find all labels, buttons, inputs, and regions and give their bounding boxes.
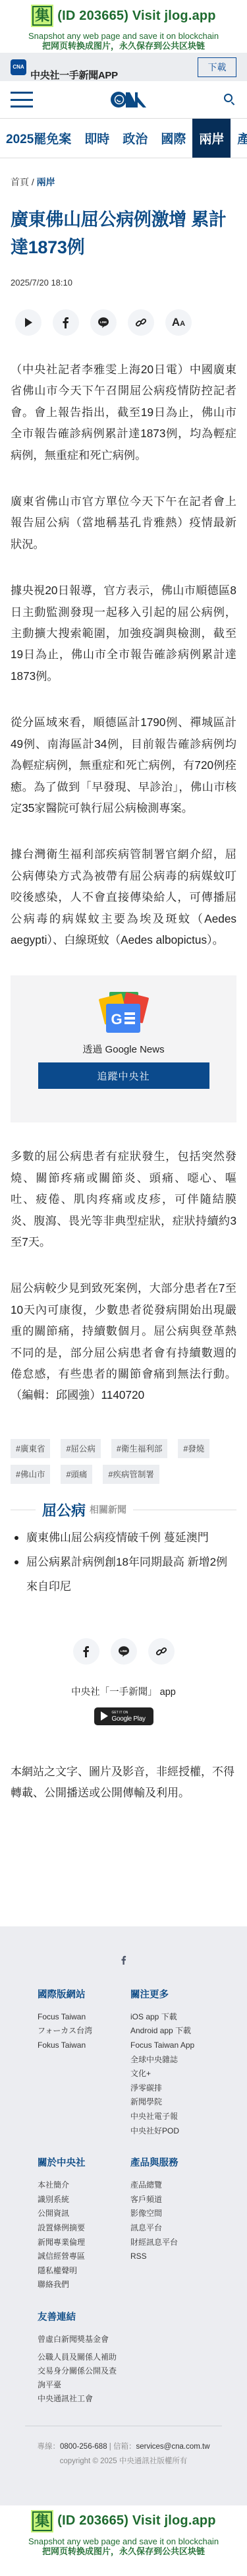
font-size-icon: AA bbox=[172, 316, 185, 329]
article-body-continued: 多數的屈公病患者有症狀發生，包括突然發燒、關節疼痛或關節炎、頭痛、噁心、嘔吐、疲… bbox=[11, 1146, 236, 1405]
footer-link[interactable]: RSS bbox=[130, 2250, 236, 2264]
breadcrumb: 首頁 / 兩岸 bbox=[11, 175, 236, 189]
related-news-item[interactable]: 屈公病累計病例創18年同期最高 新增2例來自印尼 bbox=[13, 1550, 236, 1599]
tag-list: #廣東省 #屈公病 #衛生福利部 #發燒 #佛山市 #頭痛 #疾病管制署 bbox=[11, 1439, 236, 1484]
play-store-icon bbox=[101, 1711, 108, 1721]
follow-cna-button[interactable]: 追蹤中央社 bbox=[38, 1062, 209, 1089]
footer-heading: 關注更多 bbox=[130, 1987, 236, 2001]
footer-link[interactable]: 中央社電子報 bbox=[130, 2110, 236, 2124]
font-size-button[interactable]: AA bbox=[165, 309, 192, 336]
share-toolbar: LINE AA bbox=[11, 309, 236, 336]
footer-link[interactable]: Focus Taiwan App bbox=[130, 2039, 236, 2053]
footer-link[interactable]: Focus Taiwan bbox=[38, 2010, 130, 2025]
footer-link[interactable]: 影像空間 bbox=[130, 2207, 236, 2221]
line-share-button[interactable]: LINE bbox=[111, 1638, 137, 1665]
app-bar-title: 中央社一手新聞APP bbox=[30, 62, 198, 90]
footer-link[interactable]: 淨零碳排 bbox=[130, 2081, 236, 2096]
footer-link[interactable]: 新聞專業倫理 bbox=[38, 2236, 130, 2250]
google-news-box: G 透過 Google News 追蹤中央社 bbox=[11, 975, 236, 1122]
footer-link[interactable]: Android app 下載 bbox=[130, 2024, 236, 2039]
footer-heading: 國際版網站 bbox=[38, 1987, 130, 2001]
svg-text:G: G bbox=[111, 1011, 122, 1027]
hamburger-menu-icon[interactable] bbox=[11, 92, 33, 107]
footer-link[interactable]: 產品總覽 bbox=[130, 2178, 236, 2193]
facebook-share-button[interactable] bbox=[53, 309, 79, 336]
footer-link[interactable]: 全球中央雜誌 bbox=[130, 2053, 236, 2068]
category-nav: 2025罷免案 即時 政治 國際 兩岸 產經 bbox=[0, 119, 247, 158]
footer-link[interactable]: 中央社好POD bbox=[130, 2124, 236, 2139]
footer-link[interactable]: 設置條例摘要 bbox=[38, 2221, 130, 2236]
jlog-subtitle-en: Snapshot any web page and save it on blo… bbox=[0, 31, 247, 41]
google-news-label: 透過 Google News bbox=[82, 1042, 164, 1056]
google-play-badge[interactable]: GET IT ONGoogle Play bbox=[94, 1707, 153, 1725]
article-paragraph: 廣東省佛山市官方單位今天下午在記者會上報告屈公病（當地稱基孔肯雅熱）疫情最新狀況… bbox=[11, 491, 236, 555]
divider bbox=[11, 1510, 36, 1510]
facebook-share-button[interactable] bbox=[73, 1638, 99, 1665]
nav-item-international[interactable]: 國際 bbox=[154, 119, 192, 158]
footer-link[interactable]: 識別系統 bbox=[38, 2193, 130, 2207]
footer-link[interactable]: 隱私權聲明 bbox=[38, 2264, 130, 2279]
app-promo-text: 中央社「一手新聞」 app bbox=[11, 1684, 236, 1698]
jlog-badge-icon: 集 bbox=[31, 5, 53, 27]
tag[interactable]: #衛生福利部 bbox=[111, 1439, 167, 1458]
tag[interactable]: #發燒 bbox=[178, 1439, 209, 1458]
footer-link[interactable]: フォーカス台湾 bbox=[38, 2024, 130, 2039]
google-news-icon: G bbox=[99, 992, 149, 1033]
copy-link-button[interactable] bbox=[128, 309, 154, 336]
site-footer: 國際版網站 Focus Taiwan フォーカス台湾 Fokus Taiwan … bbox=[0, 1926, 247, 2505]
facebook-icon bbox=[60, 317, 72, 328]
jlog-banner-top: 集 (ID 203665) Visit jlog.app Snapshot an… bbox=[0, 0, 247, 53]
footer-facebook-link[interactable] bbox=[0, 1953, 247, 1977]
facebook-icon bbox=[80, 1645, 92, 1657]
article-paragraph: （中央社記者李雅雯上海20日電）中國廣東省佛山市今天下午召開屈公病疫情防控記者會… bbox=[11, 359, 236, 466]
related-news-heading: 屈公病 相關新聞 bbox=[11, 1500, 236, 1520]
footer-link[interactable]: 訊息平台 bbox=[130, 2221, 236, 2236]
jlog-subtitle-zh: 把网页转换成图片，永久保存到公共区块链 bbox=[0, 41, 247, 51]
footer-link[interactable]: 財經訊息平台 bbox=[130, 2236, 236, 2250]
line-icon: LINE bbox=[118, 1645, 130, 1657]
nav-item-economy[interactable]: 產經 bbox=[231, 119, 247, 158]
footer-link[interactable]: 曾虛白新聞獎基金會 bbox=[38, 2333, 117, 2346]
article-paragraph: 從分區域來看，順德區計1790例、禪城區計49例、南海區計34例，目前報告確診病… bbox=[11, 712, 236, 818]
divider bbox=[133, 1510, 236, 1510]
footer-link[interactable]: 客戶頻道 bbox=[130, 2193, 236, 2207]
cna-app-icon: CNA bbox=[11, 59, 26, 75]
svg-text:LINE: LINE bbox=[100, 321, 107, 324]
footer-link[interactable]: 中央通訊社工會 bbox=[38, 2392, 117, 2406]
jlog-subtitle-zh: 把网页转换成图片，永久保存到公共区块链 bbox=[0, 2546, 247, 2557]
article-paragraph: 多數的屈公病患者有症狀發生，包括突然發燒、關節疼痛或關節炎、頭痛、噁心、嘔吐、疲… bbox=[11, 1146, 236, 1252]
play-icon bbox=[22, 317, 34, 328]
footer-link[interactable]: 本社簡介 bbox=[38, 2178, 130, 2193]
footer-col-international: 國際版網站 Focus Taiwan フォーカス台湾 Fokus Taiwan bbox=[38, 1987, 130, 2138]
footer-link[interactable]: iOS app 下載 bbox=[130, 2010, 236, 2025]
jlog-id-text[interactable]: (ID 203665) Visit jlog.app bbox=[57, 9, 215, 24]
footer-col-products: 產品與服務 產品總覽 客戶頻道 影像空間 訊息平台 財經訊息平台 RSS bbox=[130, 2155, 236, 2292]
footer-link[interactable]: 誠信經營專區 bbox=[38, 2250, 130, 2264]
jlog-subtitle-en: Snapshot any web page and save it on blo… bbox=[0, 2536, 247, 2546]
link-icon bbox=[155, 1645, 167, 1657]
jlog-banner-bottom: 集 (ID 203665) Visit jlog.app Snapshot an… bbox=[0, 2505, 247, 2558]
footer-col-follow: 關注更多 iOS app 下載 Android app 下載 Focus Tai… bbox=[130, 1987, 236, 2138]
facebook-icon bbox=[119, 1953, 128, 1967]
article-paragraph: 據央視20日報導，官方表示，佛山市順德區8日主動監測發現一起移入引起的屈公病例，… bbox=[11, 580, 236, 687]
article-title: 廣東佛山屈公病例激增 累計達1873例 bbox=[11, 206, 236, 261]
related-keyword[interactable]: 屈公病 bbox=[42, 1500, 86, 1520]
footer-link[interactable]: Fokus Taiwan bbox=[38, 2039, 130, 2053]
article-date: 2025/7/20 18:10 bbox=[11, 278, 236, 288]
footer-columns: 國際版網站 Focus Taiwan フォーカス台湾 Fokus Taiwan … bbox=[0, 1987, 247, 2406]
nav-item-politics[interactable]: 政治 bbox=[116, 119, 154, 158]
footer-link[interactable]: 公職人員及關係人補助交易身分關係公開及查詢平臺 bbox=[38, 2350, 117, 2392]
article-paragraph: 據台灣衛生福利部疾病管制署官網介紹，屈公病傳染方式為被帶有屈公病毒的病媒蚊叮咬後… bbox=[11, 843, 236, 950]
breadcrumb-separator: / bbox=[32, 177, 34, 187]
cna-logo-icon bbox=[110, 90, 147, 109]
nav-item-realtime[interactable]: 即時 bbox=[78, 119, 116, 158]
play-audio-button[interactable] bbox=[15, 309, 41, 336]
tag[interactable]: #廣東省 bbox=[11, 1439, 50, 1458]
article-paragraph: 屈公病較少見到致死案例，大部分患者在7至10天內可康復，少數患者從發病開始出現嚴… bbox=[11, 1277, 236, 1405]
search-icon[interactable] bbox=[223, 93, 236, 106]
download-button[interactable]: 下載 bbox=[198, 57, 236, 77]
link-icon bbox=[135, 317, 147, 328]
footer-heading: 關於中央社 bbox=[38, 2155, 130, 2169]
hotline-number[interactable]: 0800-256-688 bbox=[60, 2443, 107, 2451]
jlog-id-text[interactable]: (ID 203665) Visit jlog.app bbox=[57, 2513, 215, 2529]
nav-item-recall-2025[interactable]: 2025罷免案 bbox=[0, 119, 78, 158]
footer-copyright: copyright © 2025 中央通訊社版權所有 bbox=[0, 2455, 247, 2466]
breadcrumb-home[interactable]: 首頁 bbox=[11, 177, 29, 187]
footer-heading: 友善連結 bbox=[38, 2310, 236, 2323]
related-news-item[interactable]: 廣東佛山屈公病疫情破千例 蔓延澳門 bbox=[13, 1525, 236, 1550]
footer-link[interactable]: 公開資訊 bbox=[38, 2207, 130, 2221]
footer-contact: 專線：0800-256-688 | 信箱：services@cna.com.tw bbox=[0, 2441, 247, 2451]
jlog-badge-icon: 集 bbox=[31, 2510, 53, 2532]
copyright-notice: 本網站之文字、圖片及影音，非經授權，不得轉載、公開播送或公開傳輸及利用。 bbox=[11, 1762, 236, 1804]
footer-link[interactable]: 文化+ bbox=[130, 2067, 236, 2081]
footer-divider bbox=[25, 2426, 222, 2426]
tag[interactable]: #佛山市 bbox=[11, 1465, 50, 1484]
tag[interactable]: #屈公病 bbox=[61, 1439, 100, 1458]
tag[interactable]: #疾病管制署 bbox=[103, 1465, 159, 1484]
article: 首頁 / 兩岸 廣東佛山屈公病例激增 累計達1873例 2025/7/20 18… bbox=[0, 175, 247, 1804]
related-heading-text: 相關新聞 bbox=[90, 1503, 126, 1516]
footer-col-about: 關於中央社 本社簡介 識別系統 公開資訊 設置條例摘要 新聞專業倫理 誠信經營專… bbox=[38, 2155, 130, 2292]
bottom-share-toolbar: LINE bbox=[11, 1638, 236, 1665]
nav-item-cross-strait[interactable]: 兩岸 bbox=[192, 119, 231, 158]
copy-link-button[interactable] bbox=[148, 1638, 175, 1665]
footer-col-friendly-links: 友善連結 曾虛白新聞獎基金會 公職人員及關係人補助交易身分關係公開及查詢平臺 中… bbox=[38, 2310, 236, 2406]
cna-logo[interactable] bbox=[110, 90, 147, 109]
line-icon: LINE bbox=[97, 317, 109, 328]
line-share-button[interactable]: LINE bbox=[90, 309, 117, 336]
footer-heading: 產品與服務 bbox=[130, 2155, 236, 2169]
svg-text:LINE: LINE bbox=[120, 1649, 126, 1653]
contact-email[interactable]: services@cna.com.tw bbox=[136, 2443, 210, 2451]
app-download-bar: CNA 中央社一手新聞APP 下載 bbox=[0, 53, 247, 81]
footer-link[interactable]: 新聞學院 bbox=[130, 2095, 236, 2110]
breadcrumb-current[interactable]: 兩岸 bbox=[37, 177, 55, 187]
article-body: （中央社記者李雅雯上海20日電）中國廣東省佛山市今天下午召開屈公病疫情防控記者會… bbox=[11, 359, 236, 950]
tag[interactable]: #頭痛 bbox=[61, 1465, 92, 1484]
footer-link[interactable]: 聯絡我們 bbox=[38, 2278, 130, 2292]
related-news: 屈公病 相關新聞 廣東佛山屈公病疫情破千例 蔓延澳門 屈公病累計病例創18年同期… bbox=[11, 1500, 236, 1599]
